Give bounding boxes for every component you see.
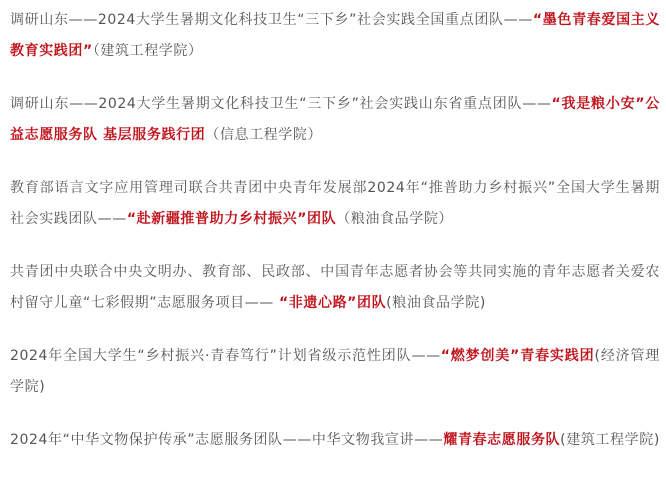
team-name: “赴新疆推普助力乡村振兴”团队 [127, 211, 336, 227]
college-name: （粮油食品学院） [336, 211, 453, 227]
award-paragraph-1: 调研山东——2024大学生暑期文化科技卫生“三下乡”社会实践全国重点团队——“墨… [10, 0, 660, 67]
award-description: 调研山东——2024大学生暑期文化科技卫生“三下乡”社会实践山东省重点团队—— [10, 96, 551, 112]
team-name: “非遗心路”团队 [279, 295, 386, 311]
award-paragraph-4: 共青团中央联合中央文明办、教育部、民政部、中国青年志愿者协会等共同实施的青年志愿… [10, 257, 660, 319]
college-name: (粮油食品学院) [386, 295, 486, 311]
award-paragraph-2: 调研山东——2024大学生暑期文化科技卫生“三下乡”社会实践山东省重点团队——“… [10, 89, 660, 151]
award-description: 2024年“中华文物保护传承”志愿服务团队——中华文物我宣讲—— [10, 432, 443, 448]
team-name: 耀青春志愿服务队 [443, 432, 560, 448]
team-name: “燃梦创美”青春实践团 [441, 348, 595, 364]
college-name: （建筑工程学院） [93, 43, 203, 59]
award-description: 2024年全国大学生“乡村振兴·青春笃行”计划省级示范性团队—— [10, 348, 441, 364]
award-paragraph-3: 教育部语言文字应用管理司联合共青团中央青年发展部2024年“推普助力乡村振兴”全… [10, 173, 660, 235]
award-description: 调研山东——2024大学生暑期文化科技卫生“三下乡”社会实践全国重点团队—— [10, 12, 533, 28]
college-name: (建筑工程学院) [560, 432, 660, 448]
article-body: 调研山东——2024大学生暑期文化科技卫生“三下乡”社会实践全国重点团队——“墨… [0, 0, 660, 456]
award-paragraph-5: 2024年全国大学生“乡村振兴·青春笃行”计划省级示范性团队——“燃梦创美”青春… [10, 341, 660, 403]
award-paragraph-6: 2024年“中华文物保护传承”志愿服务团队——中华文物我宣讲——耀青春志愿服务队… [10, 425, 660, 456]
college-name: （信息工程学院） [205, 127, 322, 143]
